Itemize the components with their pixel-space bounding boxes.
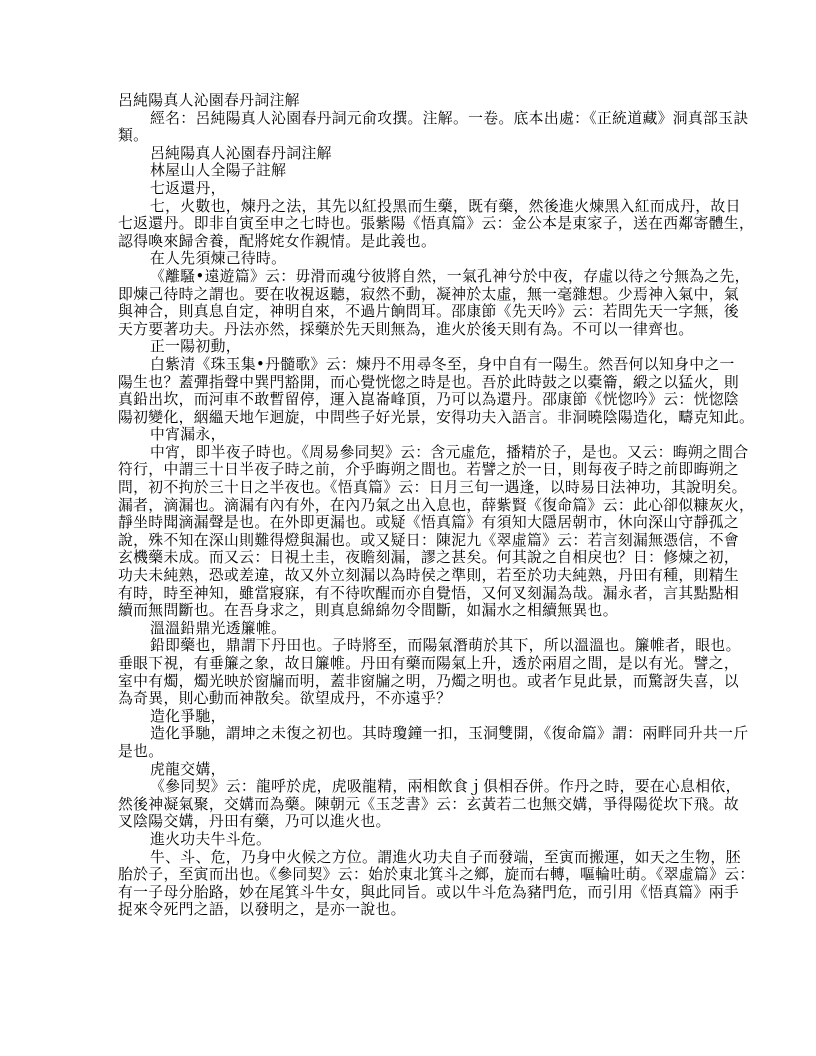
- commentary-line: 真鉛出坎，而河車不敢暫留停，運入崑崙峰頂，乃可以為還丹。邵康節《恍惚吟》云：恍惚…: [118, 391, 700, 409]
- verse-heading: 七返還丹，: [118, 180, 702, 198]
- commentary-line: 垂眼下視，有垂簾之象，故日簾帷。丹田有藥而陽氣上升，透於兩眉之間，是以有光。譬之…: [118, 655, 700, 673]
- verse-heading: 進火功夫牛斗危。: [118, 831, 702, 849]
- commentary-line: 與神合，則真息自定，神明自來，不過片餉問耳。邵康節《先天吟》云：若問先天一字無，…: [118, 303, 700, 321]
- commentary-line: 靜坐時聞滴漏聲是也。在外即更漏也。或疑《悟真篇》有須知大隱居朝市，休向深山守靜孤…: [118, 514, 700, 532]
- commentary-line: 七返還丹。即非自寅至申之七時也。張紫陽《悟真篇》云：金公本是東家子，送在西鄰寄體…: [118, 215, 700, 233]
- commentary-line: 說，殊不知在深山則難得燈與漏也。或又疑日：陳泥九《翠虛篇》云：若言刻漏無憑信，不…: [118, 532, 700, 550]
- commentary-line: 鉛即藥也，鼎謂下丹田也。子時將至，而陽氣潛萌於其下，所以溫溫也。簾帷者，眼也。: [118, 637, 700, 655]
- commentary-line: 陽生也？蓋彈指聲中巽門豁開，而心覺恍惚之時是也。吾於此時鼓之以橐籥，緞之以猛火，…: [118, 374, 700, 392]
- commentary-line: 符行，中謂三十日半夜子時之前，介乎晦朔之間也。若譬之於一日，則每夜子時之前即晦朔…: [118, 461, 700, 479]
- commentary-line: 《參同契》云：龍呼於虎，虎吸龍精，兩相飲食ｊ俱相吞併。作丹之時，要在心息相依，: [118, 778, 700, 796]
- verse-heading: 造化爭馳，: [118, 708, 702, 726]
- commentary-line: 漏者，滴漏也。滴漏有內有外，在內乃氣之出入息也，薛紫賢《復命篇》云：此心卻似糠灰…: [118, 497, 700, 515]
- commentary-line: 為奇異，則心動而神散矣。欲望成丹，不亦遠乎？: [118, 690, 702, 708]
- commentary-line: 白紫清《珠玉集•丹髓歌》云：煉丹不用尋冬至，身中自有一陽生。然吾何以知身中之一: [118, 356, 700, 374]
- verse-heading: 溫溫鉛鼎光透簾帷。: [118, 620, 702, 638]
- commentary-line: 是也。: [118, 743, 702, 761]
- commentary-line: 牛、斗、危，乃身中火候之方位。謂進火功夫自子而發端，至寅而搬運，如天之生物，胚: [118, 849, 700, 867]
- verse-heading: 中宵漏永，: [118, 426, 702, 444]
- commentary-line: 有時，時至神知，雖當寢寐，有不待吹醒而亦自覺悟，又何叉刻漏為哉。漏永者，言其點點…: [118, 585, 700, 603]
- document-page: 呂純陽真人沁園春丹詞注解 經名：呂純陽真人沁園春丹詞元俞攻撰。注解。一卷。底本出…: [118, 92, 702, 919]
- commentary-line: 造化爭馳，謂坤之未復之初也。其時瓊鐘一扣，玉洞雙開，《復命篇》謂：兩畔同升共一斤: [118, 725, 700, 743]
- commentary-line: 即煉己待時之謂也。要在收視返聽，寂然不動，凝神於太虛，無一毫雜想。少焉神入氣中，…: [118, 286, 700, 304]
- commentary-line: 《離騷•遠遊篇》云：毋滑而魂兮彼將自然，一氣孔神兮於中夜，存虛以待之兮無為之先，: [118, 268, 700, 286]
- commentary-line: 叉陰陽交媾，丹田有藥，乃可以進火也。: [118, 813, 702, 831]
- commentary-line: 續而無問斷也。在吾身求之，則真息綿綿勿令間斷，如漏水之相續無異也。: [118, 602, 702, 620]
- verse-heading: 在人先須煉己待時。: [118, 250, 702, 268]
- commentary-line: 天方要著功夫。丹法亦然，採藥於先天則無為，進火於後天則有為。不可以一律齊也。: [118, 321, 702, 339]
- section-title: 呂純陽真人沁園春丹詞注解: [118, 145, 702, 163]
- commentary-line: 捉來令死門之語，以發明之，是亦一說也。: [118, 901, 702, 919]
- commentary-line: 中宵，即半夜子時也。《周易參同契》云：含元虛危，播精於子，是也。又云：晦朔之間合: [118, 444, 700, 462]
- commentary-line: 玄機藥未成。而又云：日視土圭，夜瞻刻漏，謬之甚矣。何其說之自相戾也？日：修煉之初…: [118, 549, 700, 567]
- commentary-line: 功夫未純熟，恐或差違，故又外立刻漏以為時侯之準則，若至於功夫純熟，丹田有種，則精…: [118, 567, 700, 585]
- verse-heading: 正一陽初動，: [118, 338, 702, 356]
- scripture-info: 經名：呂純陽真人沁園春丹詞元俞攻撰。注解。一卷。底本出處：《正統道藏》洞真部玉訣: [118, 110, 700, 128]
- commentary-line: 陽初變化，絪縕天地乍迴旋，中問些子好光景，安得功夫入語言。非洞曉陰陽造化，疇克知…: [118, 409, 700, 427]
- annotator-line: 林屋山人全陽子註解: [118, 162, 702, 180]
- commentary-line: 有一子母分胎路，妙在尾箕斗牛女，與此同旨。或以牛斗危為豬門危，而引用《悟真篇》兩…: [118, 884, 700, 902]
- commentary-line: 認得喚來歸舍養，配將姹女作親情。是此義也。: [118, 233, 702, 251]
- commentary-line: 七，火數也，煉丹之法，其先以紅投黑而生藥，既有藥，然後進火煉黑入紅而成丹，故日: [118, 198, 700, 216]
- scripture-info-cont: 類。: [118, 127, 702, 145]
- commentary-line: 然後神凝氣聚，交媾而為藥。陳朝元《玉芝書》云：玄黃若二也無交媾，爭得陽從坎下飛。…: [118, 796, 700, 814]
- commentary-line: 問，初不拘於三十日之半夜也。《悟真篇》云：日月三旬一遇逢，以時易日法神功，其說明…: [118, 479, 700, 497]
- document-title: 呂純陽真人沁園春丹詞注解: [118, 92, 702, 110]
- commentary-line: 室中有燭，燭光映於窗牖而明，蓋非窗牖之明，乃燭之明也。或者乍見此景，而驚訝失喜，…: [118, 673, 700, 691]
- commentary-line: 胎於子，至寅而出也。《參同契》云：始於東北箕斗之鄉，旋而右轉，嘔輪吐萌。《翠虛篇…: [118, 866, 700, 884]
- verse-heading: 虎龍交媾，: [118, 761, 702, 779]
